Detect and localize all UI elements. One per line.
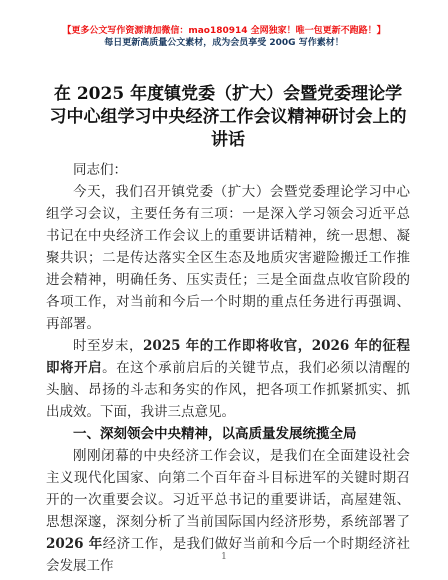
document-title: 在 2025 年度镇党委（扩大）会暨党委理论学习中心组学习中央经济工作会议精神研… bbox=[46, 83, 410, 152]
document-page: 【更多公文写作资源请加微信：mao180914 全网独家！唯一包更新不跑路！】 … bbox=[0, 0, 448, 580]
paragraph-year-end-seg1: 时至岁末， bbox=[73, 338, 143, 354]
watermark-line-2: 每日更新高质量公文素材，成为会员享受 200G 写作素材！ bbox=[0, 37, 448, 49]
paragraph-meeting-tasks: 今天，我们召开镇党委（扩大）会暨党委理论学习中心组学习会议，主要任务有三项：一是… bbox=[46, 181, 410, 335]
page-number: 1 bbox=[0, 552, 448, 562]
document-content: 在 2025 年度镇党委（扩大）会暨党委理论学习中心组学习中央经济工作会议精神研… bbox=[46, 83, 410, 577]
section-1-heading: 一、深刻领会中央精神，以高质量发展统揽全局 bbox=[46, 423, 410, 445]
document-body: 同志们： 今天，我们召开镇党委（扩大）会暨党委理论学习中心组学习会议，主要任务有… bbox=[46, 159, 410, 577]
paragraph-central-meeting-bold: 2026 年 bbox=[46, 536, 103, 552]
watermark-header: 【更多公文写作资源请加微信：mao180914 全网独家！唯一包更新不跑路！】 … bbox=[0, 0, 448, 49]
watermark-line-1: 【更多公文写作资源请加微信：mao180914 全网独家！唯一包更新不跑路！】 bbox=[0, 25, 448, 37]
paragraph-central-meeting-seg1: 刚刚闭幕的中央经济工作会议，是我们在全面建设社会主义现代化国家、向第二个百年奋斗… bbox=[46, 448, 410, 530]
paragraph-year-end: 时至岁末，2025 年的工作即将收官，2026 年的征程即将开启。在这个承前启后… bbox=[46, 335, 410, 423]
salutation: 同志们： bbox=[46, 159, 410, 181]
